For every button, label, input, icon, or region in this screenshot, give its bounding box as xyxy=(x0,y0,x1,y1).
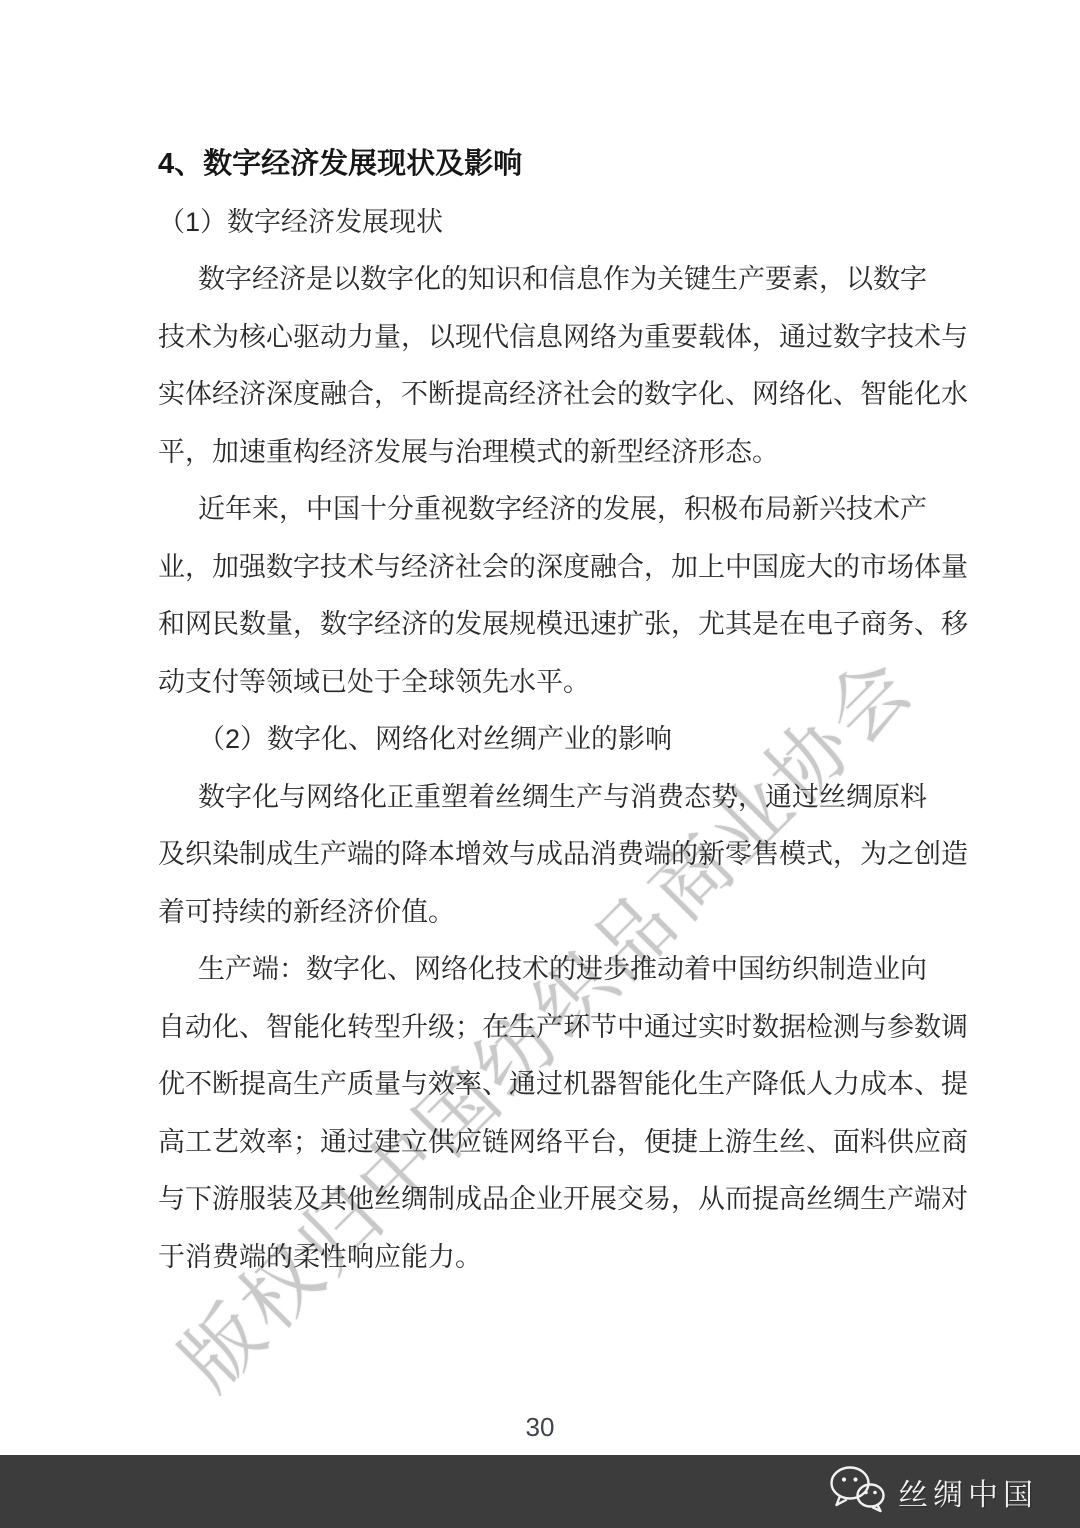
body-line: 及织染制成生产端的降本增效与成品消费端的新零售模式，为之创造 xyxy=(158,826,948,884)
body-line: 生产端：数字化、网络化技术的进步推动着中国纺织制造业向 xyxy=(158,941,948,999)
wechat-icon xyxy=(828,1465,886,1518)
body-line: 优不断提高生产质量与效率、通过机器智能化生产降低人力成本、提 xyxy=(158,1056,948,1114)
body-line: 平，加速重构经济发展与治理模式的新型经济形态。 xyxy=(158,424,948,482)
body-line: 近年来，中国十分重视数字经济的发展，积极布局新兴技术产 xyxy=(158,481,948,539)
body-line: 业，加强数字技术与经济社会的深度融合，加上中国庞大的市场体量 xyxy=(158,539,948,597)
subsection-2-heading: （2）数字化、网络化对丝绸产业的影响 xyxy=(158,711,948,769)
brand-name: 丝绸中国 xyxy=(898,1470,1038,1514)
body-line: 动支付等领域已处于全球领先水平。 xyxy=(158,654,948,712)
body-line: 于消费端的柔性响应能力。 xyxy=(158,1229,948,1287)
body-line: 数字经济是以数字化的知识和信息作为关键生产要素，以数字 xyxy=(158,251,948,309)
footer-brand-bar: 丝绸中国 xyxy=(0,1455,1080,1528)
section-title: 4、数字经济发展现状及影响 xyxy=(158,136,948,194)
brand-logo: 丝绸中国 xyxy=(828,1465,1038,1518)
page-content: 4、数字经济发展现状及影响 （1）数字经济发展现状 数字经济是以数字化的知识和信… xyxy=(158,136,948,1286)
body-line: 着可持续的新经济价值。 xyxy=(158,884,948,942)
document-page: 版权归中国纺织品商业协会 4、数字经济发展现状及影响 （1）数字经济发展现状 数… xyxy=(0,0,1080,1528)
body-line: 与下游服装及其他丝绸制成品企业开展交易，从而提高丝绸生产端对 xyxy=(158,1171,948,1229)
body-line: 高工艺效率；通过建立供应链网络平台，便捷上游生丝、面料供应商 xyxy=(158,1114,948,1172)
subsection-1-heading: （1）数字经济发展现状 xyxy=(158,194,948,252)
body-line: 自动化、智能化转型升级；在生产环节中通过实时数据检测与参数调 xyxy=(158,999,948,1057)
body-line: 数字化与网络化正重塑着丝绸生产与消费态势，通过丝绸原料 xyxy=(158,769,948,827)
body-line: 技术为核心驱动力量，以现代信息网络为重要载体，通过数字技术与 xyxy=(158,309,948,367)
body-line: 和网民数量，数字经济的发展规模迅速扩张，尤其是在电子商务、移 xyxy=(158,596,948,654)
body-line: 实体经济深度融合，不断提高经济社会的数字化、网络化、智能化水 xyxy=(158,366,948,424)
page-number: 30 xyxy=(0,1412,1080,1443)
